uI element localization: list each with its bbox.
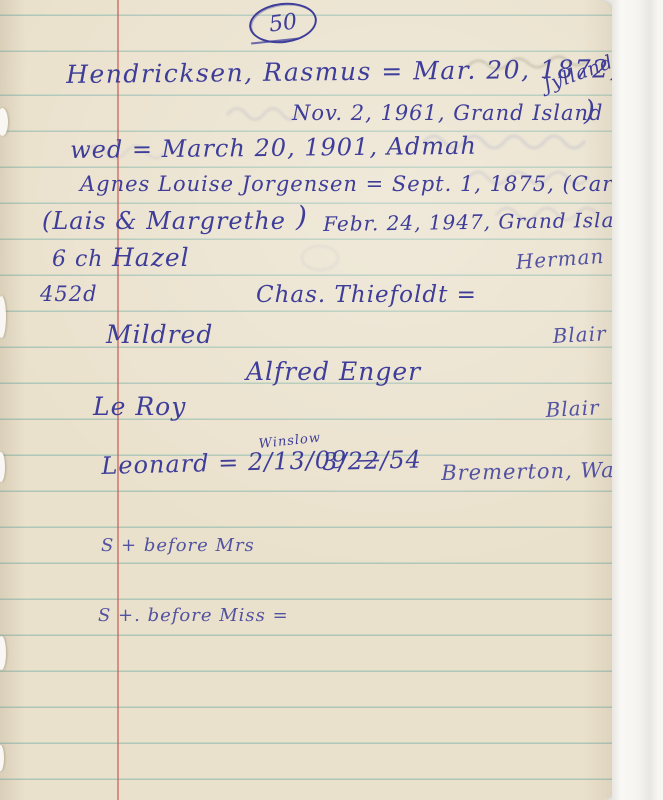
spouse-alfred-enger: Alfred Enger	[246, 357, 421, 386]
children-count: 6 ch	[52, 247, 103, 272]
head-name-birth-line: Hendricksen, Rasmus = Mar. 20, 1872,	[66, 54, 619, 89]
spouse-line: Agnes Louise Jorgensen = Sept. 1, 1875, …	[80, 172, 663, 196]
margin-note: 452d	[40, 282, 98, 306]
spouse-chas-thiefoldt: Chas. Thiefoldt =	[256, 282, 477, 308]
parents-line-paren: )	[296, 200, 308, 233]
child-name-leroy: Le Roy	[93, 392, 186, 421]
page-number: 50	[268, 9, 299, 37]
death-line-paren: )	[584, 94, 596, 127]
parents-line: (Lais & Margrethe	[42, 207, 286, 235]
notebook-page: 50 Hendricksen, Rasmus = Mar. 20, 1872, …	[0, 0, 612, 800]
residence-blair: Blair	[552, 321, 607, 348]
child-name-mildred: Mildred	[106, 320, 213, 349]
scanner-background	[612, 0, 663, 800]
annotation-note-2: S +. before Miss =	[98, 605, 289, 626]
residence-blair: Blair	[545, 395, 600, 422]
wedding-line: wed = March 20, 1901, Admah	[70, 132, 477, 164]
leonard-death-date: 3/22/54	[322, 445, 422, 476]
child-name-hazel: Hazel	[112, 243, 190, 272]
annotation-note-1: S + before Mrs	[101, 535, 255, 556]
